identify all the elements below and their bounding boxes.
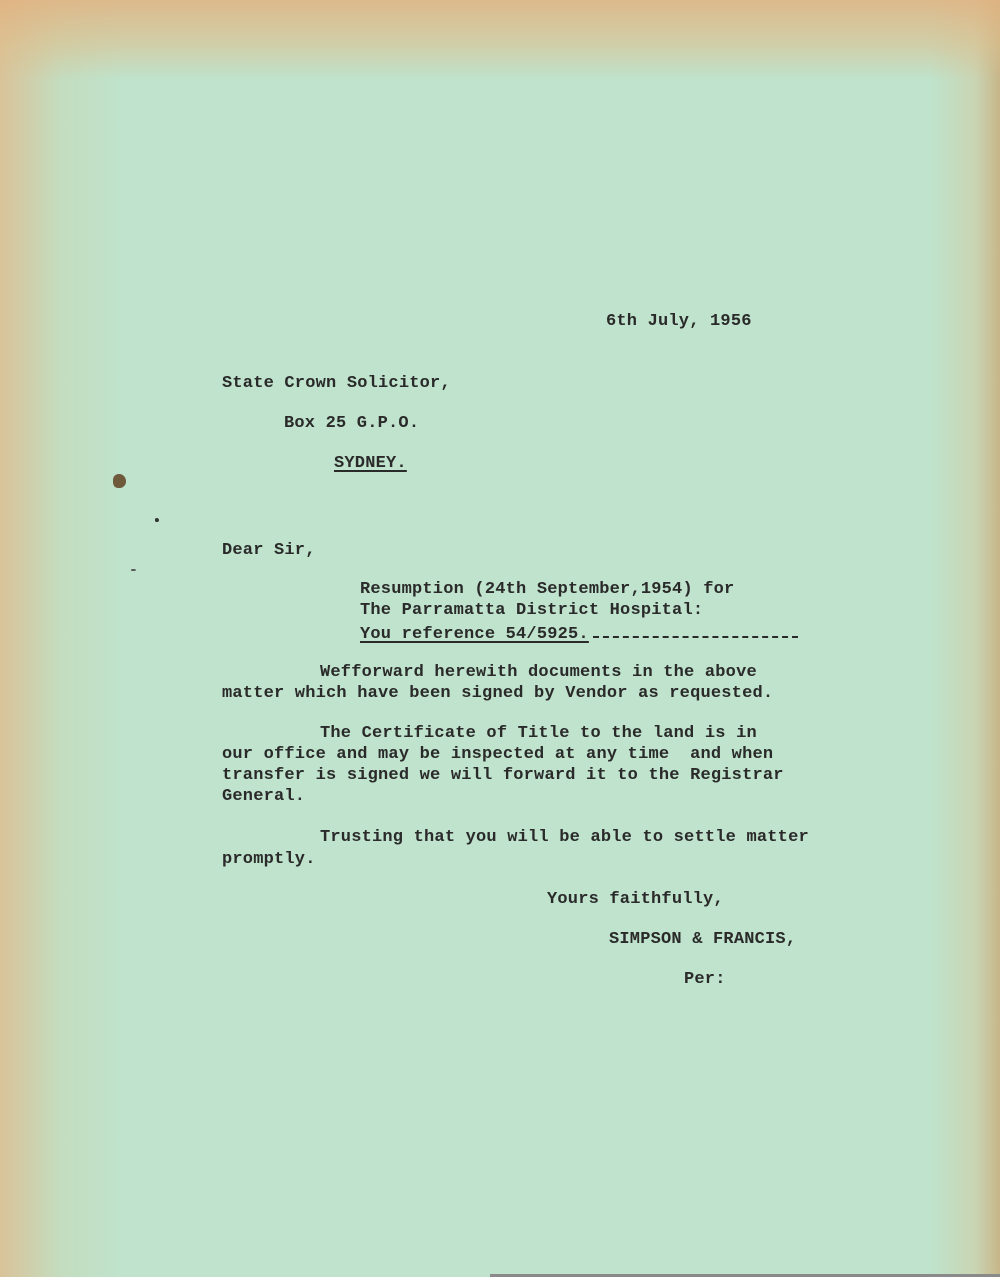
closing: Yours faithfully, <box>547 890 724 910</box>
subject-reference: You reference 54/5925. <box>360 625 589 644</box>
subject-line-3-wrap: You reference 54/5925. <box>360 622 798 645</box>
addressee-box: Box 25 G.P.O. <box>284 414 419 434</box>
ink-blot-mark <box>113 474 126 488</box>
letter-page: 6th July, 1956 State Crown Solicitor, Bo… <box>0 0 1000 1277</box>
subject-line-1: Resumption (24th September,1954) for <box>360 580 734 600</box>
speck-mark <box>155 518 159 522</box>
paragraph-line: matter which have been signed by Vendor … <box>222 684 773 704</box>
speck-mark <box>131 569 136 571</box>
per-label: Per: <box>684 970 726 990</box>
paragraph-line: Trusting that you will be able to settle… <box>320 828 809 848</box>
addressee-city: SYDNEY. <box>334 454 407 474</box>
letter-date: 6th July, 1956 <box>606 312 752 332</box>
paragraph-line: our office and may be inspected at any t… <box>222 745 773 765</box>
firm-name: SIMPSON & FRANCIS, <box>609 930 796 950</box>
paragraph-line: Wefforward herewith documents in the abo… <box>320 663 757 683</box>
paragraph-line: General. <box>222 787 305 807</box>
paragraph-line: transfer is signed we will forward it to… <box>222 766 784 786</box>
salutation: Dear Sir, <box>222 541 316 561</box>
paragraph-line: The Certificate of Title to the land is … <box>320 724 757 744</box>
paragraph-line: promptly. <box>222 850 316 870</box>
addressee-name: State Crown Solicitor, <box>222 374 451 394</box>
subject-line-2: The Parramatta District Hospital: <box>360 601 703 621</box>
underline-dashes <box>593 622 798 638</box>
